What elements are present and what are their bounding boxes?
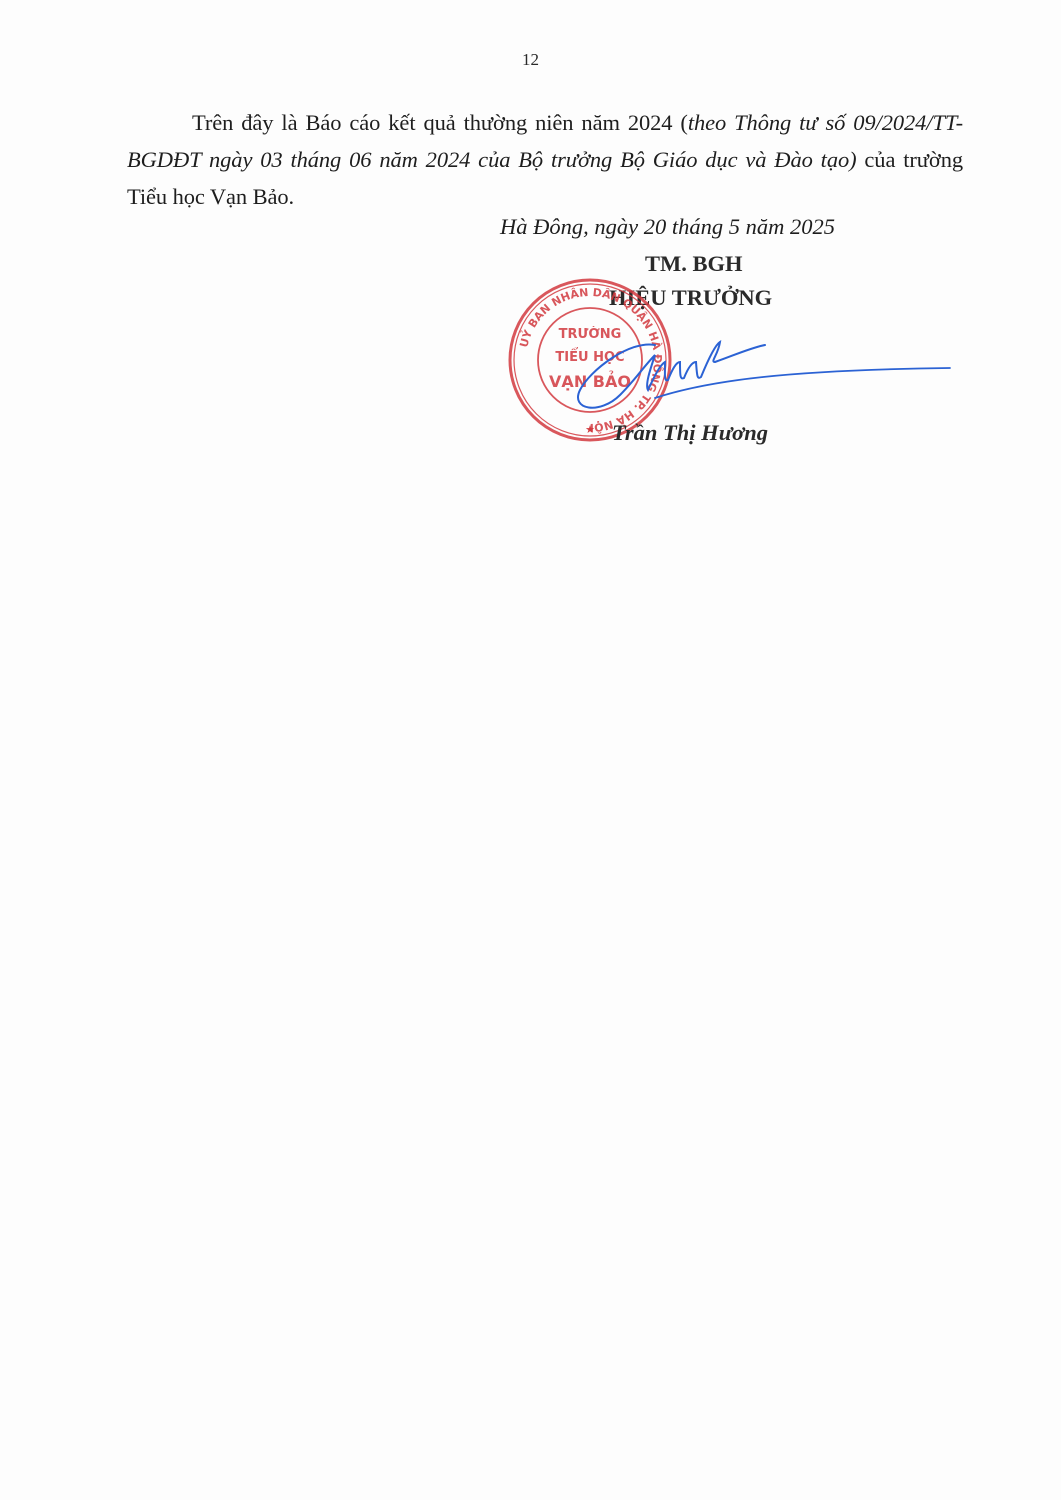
page-number: 12 [0,50,1061,70]
signer-name: Trần Thị Hương [612,420,768,446]
on-behalf-label: TM. BGH [645,251,743,277]
closing-intro: Trên đây là Báo cáo kết quả thường niên … [192,110,688,135]
place-date: Hà Đông, ngày 20 tháng 5 năm 2025 [500,214,835,240]
closing-paragraph: Trên đây là Báo cáo kết quả thường niên … [127,104,963,215]
handwritten-signature [560,320,960,430]
